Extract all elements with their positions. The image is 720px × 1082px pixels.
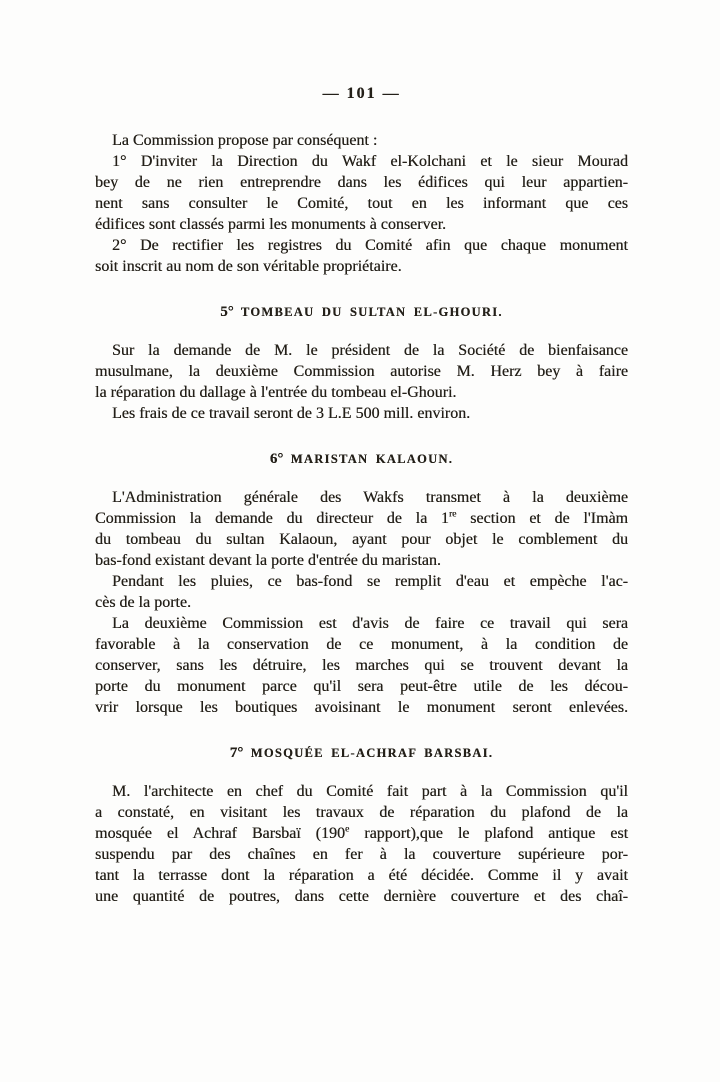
text-segment: section et de l'Imàm: [456, 510, 628, 527]
section-title: MOSQUÉE EL-ACHRAF BARSBAI.: [251, 746, 494, 760]
text-line: Commission la demande du directeur de la…: [95, 508, 628, 529]
text-line: 2° De rectifier les registres du Comité …: [95, 235, 628, 256]
text-line: favorable à la conservation de ce monume…: [95, 634, 628, 655]
text-line: 1° D'inviter la Direction du Wakf el-Kol…: [95, 151, 628, 172]
text-line: la réparation du dallage à l'entrée du t…: [95, 382, 628, 403]
text-line: vrir lorsque les boutiques avoisinant le…: [95, 697, 628, 718]
section-number: 5°: [220, 304, 234, 320]
text-line: conserver, sans les détruire, les marche…: [95, 655, 628, 676]
text-line: M. l'architecte en chef du Comité fait p…: [95, 781, 628, 802]
text-line: Pendant les pluies, ce bas-fond se rempl…: [95, 571, 628, 592]
section-body-mosquee-el-achraf-barsbai: M. l'architecte en chef du Comité fait p…: [95, 781, 628, 907]
section-heading-tombeau-el-ghouri: 5° TOMBEAU DU SULTAN EL-GHOURI.: [95, 304, 628, 321]
text-line: du tombeau du sultan Kalaoun, ayant pour…: [95, 529, 628, 550]
text-line: tant la terrasse dont la réparation a ét…: [95, 865, 628, 886]
text-line: a constaté, en visitant les travaux de r…: [95, 802, 628, 823]
text-line: bey de ne rien entreprendre dans les édi…: [95, 172, 628, 193]
section-title: MARISTAN KALAOUN.: [291, 452, 453, 466]
page-number: — 101 —: [95, 84, 628, 104]
text-line: une quantité de poutres, dans cette dern…: [95, 886, 628, 907]
section-heading-maristan-kalaoun: 6° MARISTAN KALAOUN.: [95, 451, 628, 468]
text-line: mosquée el Achraf Barsbaï (190e rapport)…: [95, 823, 628, 844]
text-line: cès de la porte.: [95, 592, 628, 613]
text-line: nent sans consulter le Comité, tout en l…: [95, 193, 628, 214]
text-segment: Commission la demande du directeur de la…: [95, 510, 449, 527]
text-line: La Commission propose par conséquent :: [95, 130, 628, 151]
text-line: Les frais de ce travail seront de 3 L.E …: [95, 403, 628, 424]
section-body-tombeau-el-ghouri: Sur la demande de M. le président de la …: [95, 340, 628, 424]
intro-paragraphs: La Commission propose par conséquent : 1…: [95, 130, 628, 277]
text-segment: rapport),que le plafond antique est: [349, 825, 628, 842]
text-line: bas-fond existant devant la porte d'entr…: [95, 550, 628, 571]
text-line: soit inscrit au nom de son véritable pro…: [95, 256, 628, 277]
text-line: La deuxième Commission est d'avis de fai…: [95, 613, 628, 634]
section-number: 6°: [270, 451, 284, 467]
text-segment: mosquée el Achraf Barsbaï (190: [95, 825, 345, 842]
text-line: musulmane, la deuxième Commission autori…: [95, 361, 628, 382]
text-line: édifices sont classés parmi les monument…: [95, 214, 628, 235]
section-body-maristan-kalaoun: L'Administration générale des Wakfs tran…: [95, 487, 628, 718]
text-line: suspendu par des chaînes en fer à la cou…: [95, 844, 628, 865]
text-line: porte du monument parce qu'il sera peut-…: [95, 676, 628, 697]
section-number: 7°: [230, 745, 244, 761]
document-page: — 101 — La Commission propose par conséq…: [0, 0, 720, 1082]
text-line: Sur la demande de M. le président de la …: [95, 340, 628, 361]
section-title: TOMBEAU DU SULTAN EL-GHOURI.: [241, 305, 503, 319]
text-line: L'Administration générale des Wakfs tran…: [95, 487, 628, 508]
section-heading-mosquee-el-achraf-barsbai: 7° MOSQUÉE EL-ACHRAF BARSBAI.: [95, 745, 628, 762]
